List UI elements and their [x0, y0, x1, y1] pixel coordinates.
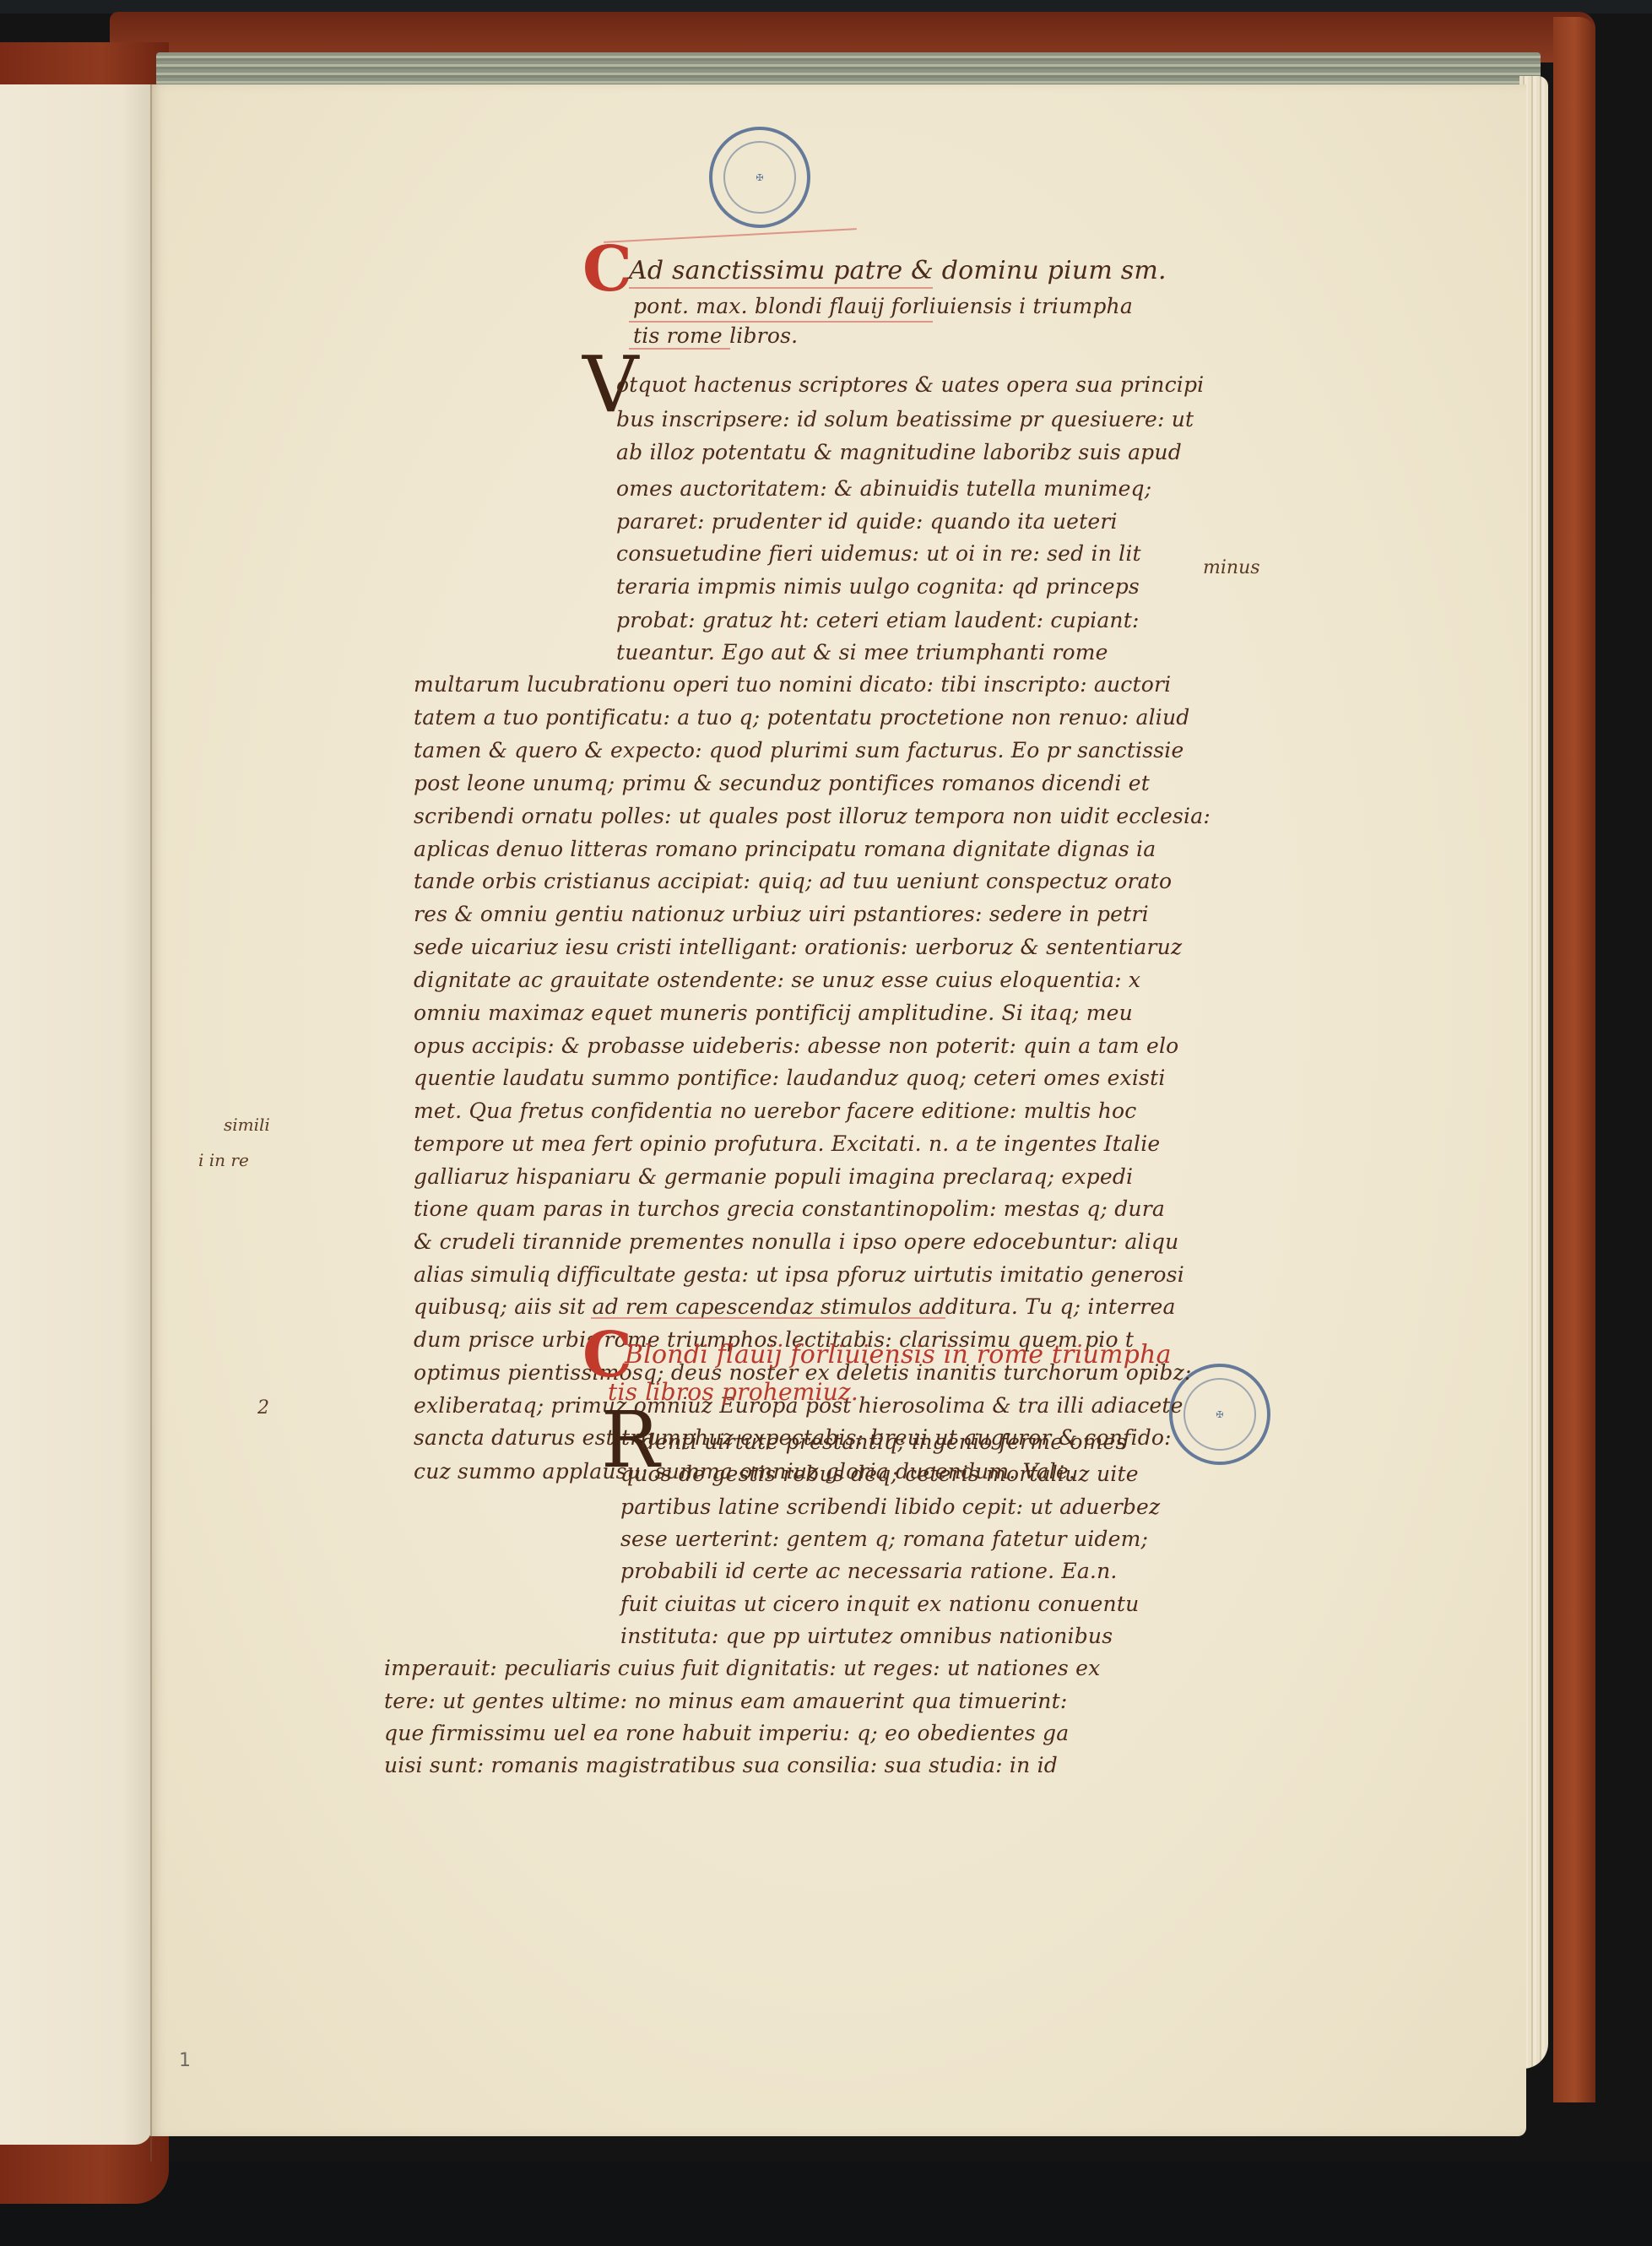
rubric-rule: [629, 287, 933, 289]
letter-line: pararet: prudenter id quide: quando ita …: [616, 511, 1118, 532]
stamp-emblem-icon: ✠: [1183, 1378, 1256, 1451]
letter-line: consuetudine fieri uidemus: ut oi in re:…: [616, 543, 1141, 564]
letter-line: sede uicariuz iesu cristi intelligant: o…: [414, 936, 1182, 958]
letter-line: quibusq; aiis sit ad rem capescendaz sti…: [414, 1296, 1176, 1317]
stamp-emblem-icon: ✠: [723, 141, 796, 214]
rubric-rule: [591, 1317, 945, 1319]
gutter: [150, 84, 152, 2162]
prohemium-line: sese uerterint: gentem q; romana fatetur…: [620, 1528, 1148, 1549]
letter-line: opus accipis: & probasse uideberis: abes…: [414, 1035, 1178, 1056]
prohemium-line: instituta: que pp uirtutez omnibus natio…: [620, 1625, 1113, 1647]
letter-line: tamen & quero & expecto: quod plurimi su…: [414, 740, 1183, 761]
letter-line: galliaruz hispaniaru & germanie populi i…: [414, 1166, 1133, 1187]
letter-line: quentie laudatu summo pontifice: laudand…: [414, 1067, 1166, 1088]
page-edges-top: [156, 52, 1541, 86]
letter-line: omes auctoritatem: & abinuidis tutella m…: [616, 478, 1151, 499]
letter-line: res & omniu gentiu nationuz urbiuz uiri …: [414, 903, 1149, 925]
margin-note-left: i in re: [198, 1150, 249, 1170]
margin-note-left: simili: [224, 1115, 270, 1135]
prohemium-line: partibus latine scribendi libido cepit: …: [620, 1496, 1160, 1517]
prohemium-line: que firmissimu uel ea rone habuit imperi…: [384, 1722, 1069, 1744]
backdrop-bottom: [0, 2162, 1652, 2246]
prohemium-line: tere: ut gentes ultime: no minus eam ama…: [384, 1690, 1067, 1712]
letter-line: tione quam paras in turchos grecia const…: [414, 1198, 1165, 1219]
letter-line: probat: gratuz ht: ceteri etiam laudent:…: [616, 610, 1140, 631]
prohemium-line: denti uirtute prestantiq; ingenio ferme …: [642, 1431, 1127, 1452]
letter-line: omniu maximaz equet muneris pontificij a…: [414, 1002, 1133, 1023]
letter-line: alias simuliq difficultate gesta: ut ips…: [414, 1264, 1184, 1285]
rubric-initial: C: [582, 238, 632, 301]
heading-line: tis rome libros.: [633, 325, 798, 346]
letter-line: tatem a tuo pontificatu: a tuo q; potent…: [414, 707, 1189, 728]
letter-line: met. Qua fretus confidentia no uerebor f…: [414, 1100, 1136, 1121]
letter-line: tande orbis cristianus accipiat: quiq; a…: [414, 871, 1172, 892]
heading-line: Ad sanctissimu patre & dominu pium sm.: [629, 258, 1167, 284]
letter-line: teraria impmis nimis uulgo cognita: qd p…: [616, 576, 1140, 597]
letter-line: multarum lucubrationu operi tuo nomini d…: [414, 674, 1171, 695]
letter-line: dignitate ac grauitate ostendente: se un…: [414, 969, 1140, 990]
rubric-rule: [629, 348, 730, 350]
prohemium-line: quos de gestis rebus deq; ceteris mortal…: [620, 1463, 1139, 1484]
folio-mark: 1: [179, 2050, 191, 2071]
margin-note-right: minus: [1203, 557, 1260, 578]
left-page-edge: [0, 84, 152, 2145]
book-cover-right: [1553, 17, 1595, 2102]
letter-line: post leone unumq; primu & secunduz ponti…: [414, 773, 1150, 794]
letter-line: tempore ut mea fert opinio profutura. Ex…: [414, 1133, 1160, 1154]
heading-line: pont. max. blondi flauij forliuiensis i …: [633, 296, 1133, 317]
letter-line: otquot hactenus scriptores & uates opera…: [616, 374, 1204, 395]
letter-line: tueantur. Ego aut & si mee triumphanti r…: [616, 642, 1108, 663]
letter-line: & crudeli tirannide prementes nonulla i …: [414, 1231, 1178, 1252]
prohemium-line: fuit ciuitas ut cicero inquit ex nationu…: [620, 1593, 1139, 1614]
letter-line: bus inscripsere: id solum beatissime pr …: [616, 409, 1194, 430]
rubric-rule: [629, 321, 933, 323]
heading-line: Blondi flauij forliuiensis in rome trium…: [625, 1343, 1172, 1368]
prohemium-line: probabili id certe ac necessaria ratione…: [620, 1560, 1118, 1581]
prohemium-line: imperauit: peculiaris cuius fuit dignita…: [384, 1657, 1100, 1679]
library-stamp-top: ✠: [709, 127, 810, 228]
letter-line: ab illoz potentatu & magnitudine laborib…: [616, 442, 1182, 463]
letter-line: scribendi ornatu polles: ut quales post …: [414, 806, 1211, 827]
letter-line: aplicas denuo litteras romano principatu…: [414, 838, 1156, 860]
prohemium-line: uisi sunt: romanis magistratibus sua con…: [384, 1755, 1058, 1776]
margin-number: 2: [257, 1397, 269, 1419]
